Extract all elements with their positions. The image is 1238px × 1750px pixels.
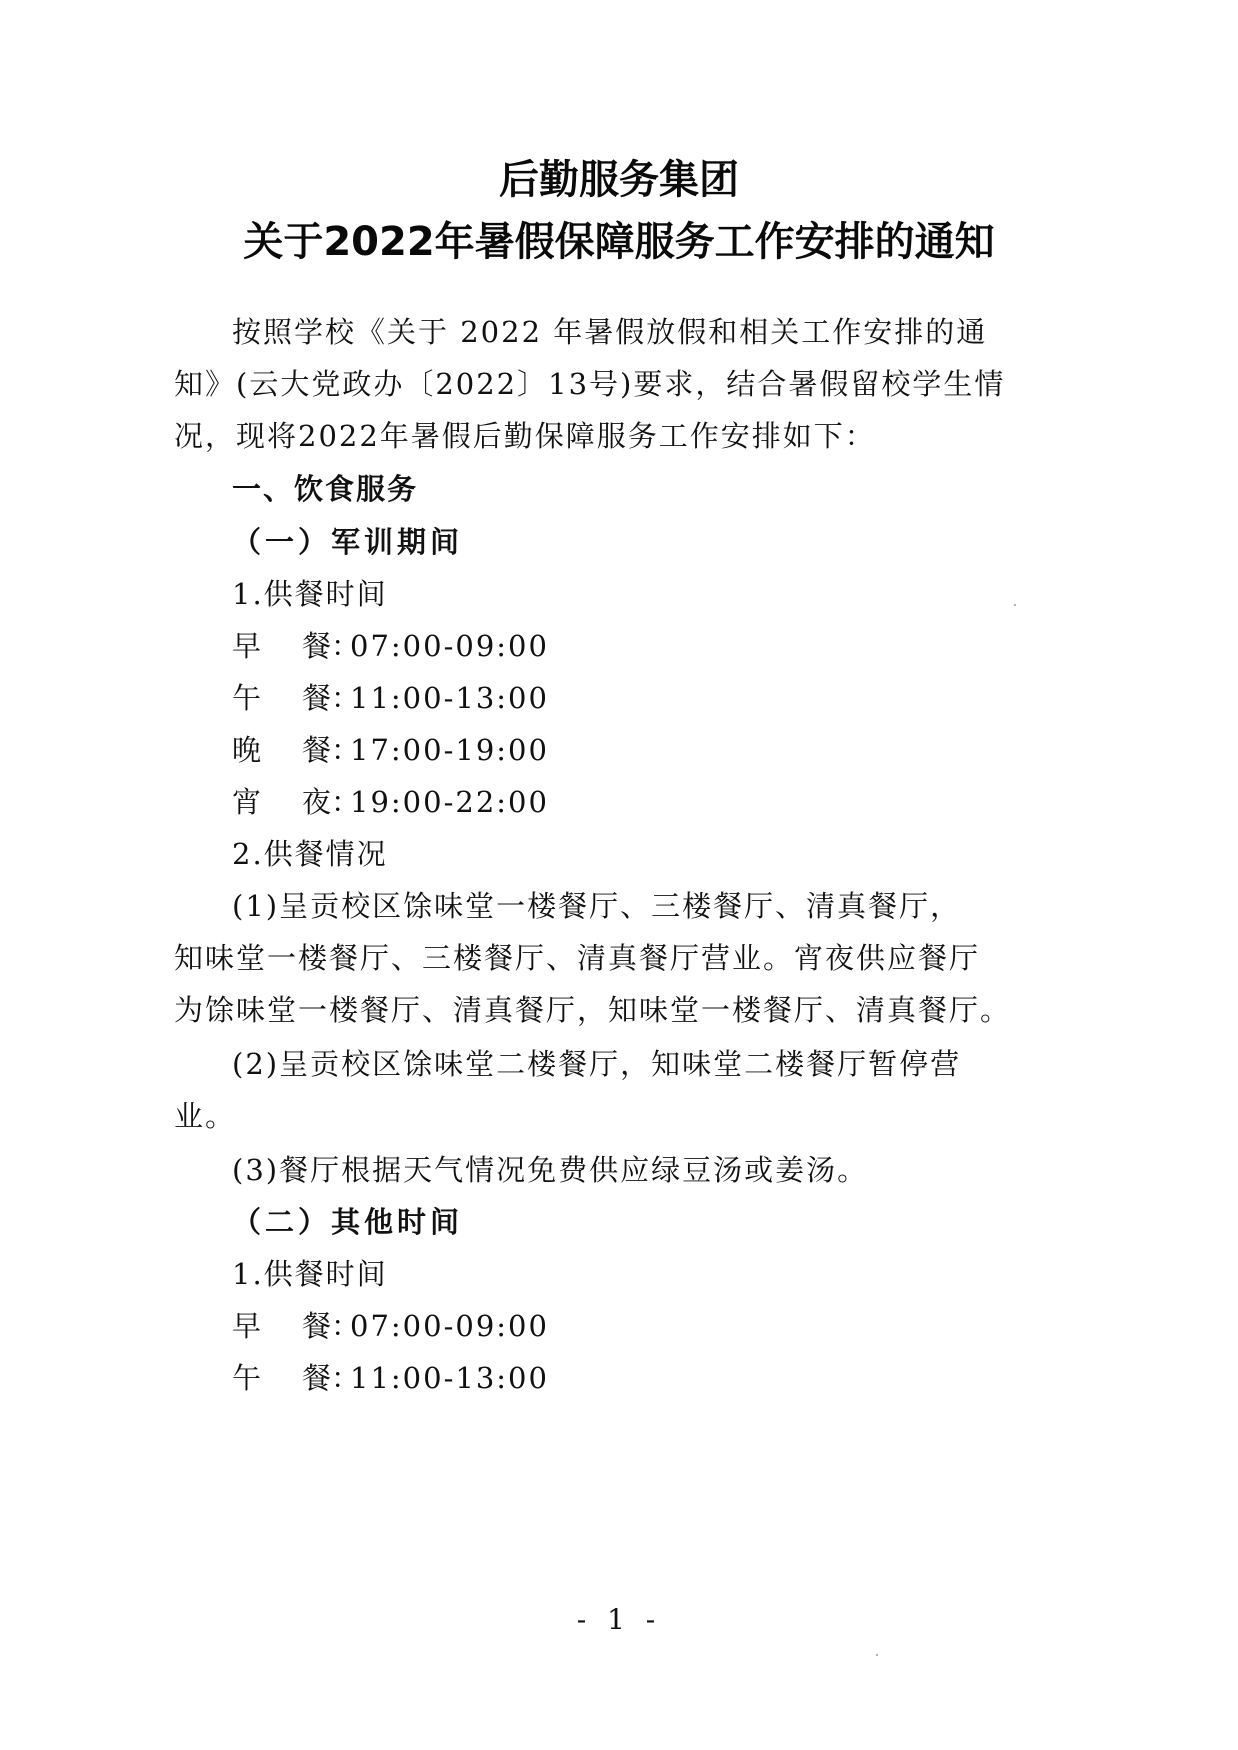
item-heading-meal-supply: 2.供餐情况 [232, 834, 388, 874]
item-heading-meal-times: 1.供餐时间 [232, 574, 388, 614]
meal-time-value: 19:00-22:00 [350, 785, 549, 819]
supply-para2-line1: (2)呈贡校区馀味堂二楼餐厅，知味堂二楼餐厅暂停营 [232, 1044, 961, 1084]
document-title-line1: 后勤服务集团 [0, 156, 1238, 204]
subsection-heading-military-training: （一）军训期间 [232, 522, 463, 562]
document-page: 后勤服务集团 关于2022年暑假保障服务工作安排的通知 按照学校《关于 2022… [0, 0, 1238, 1750]
meal-time-late-night: 宵夜：19:00-22:00 [232, 782, 549, 822]
scan-speck [876, 1654, 878, 1656]
item-heading-meal-times-2: 1.供餐时间 [232, 1254, 388, 1294]
scan-speck [1014, 604, 1016, 606]
meal-time-breakfast: 早餐：07:00-09:00 [232, 626, 549, 666]
supply-para2-line2: 业。 [174, 1096, 236, 1136]
meal-time-dinner: 晚餐：17:00-19:00 [232, 730, 549, 770]
meal-time-value: 07:00-09:00 [350, 629, 549, 663]
meal-time-lunch: 午餐：11:00-13:00 [232, 678, 549, 718]
supply-para1-line1: (1)呈贡校区馀味堂一楼餐厅、三楼餐厅、清真餐厅， [232, 886, 961, 926]
intro-line-3: 况，现将2022年暑假后勤保障服务工作安排如下： [174, 416, 876, 456]
document-title-line2: 关于2022年暑假保障服务工作安排的通知 [0, 218, 1238, 266]
meal-time-value: 17:00-19:00 [350, 733, 549, 767]
supply-para3-line1: (3)餐厅根据天气情况免费供应绿豆汤或姜汤。 [232, 1150, 868, 1190]
meal-time-lunch-2: 午餐：11:00-13:00 [232, 1358, 549, 1398]
meal-time-value: 07:00-09:00 [350, 1309, 549, 1343]
intro-line-1: 按照学校《关于 2022 年暑假放假和相关工作安排的通 [232, 312, 987, 352]
supply-para1-line2: 知味堂一楼餐厅、三楼餐厅、清真餐厅营业。宵夜供应餐厅 [174, 938, 980, 978]
subsection-heading-other-times: （二）其他时间 [232, 1202, 463, 1242]
intro-line-2: 知》(云大党政办〔2022〕13号)要求，结合暑假留校学生情 [174, 364, 1005, 404]
supply-para1-line3: 为馀味堂一楼餐厅、清真餐厅，知味堂一楼餐厅、清真餐厅。 [174, 990, 1011, 1030]
meal-time-value: 11:00-13:00 [350, 1361, 549, 1395]
page-number: - 1 - [0, 1600, 1238, 1640]
meal-time-breakfast-2: 早餐：07:00-09:00 [232, 1306, 549, 1346]
section-heading-food-service: 一、饮食服务 [232, 469, 418, 509]
meal-time-value: 11:00-13:00 [350, 681, 549, 715]
